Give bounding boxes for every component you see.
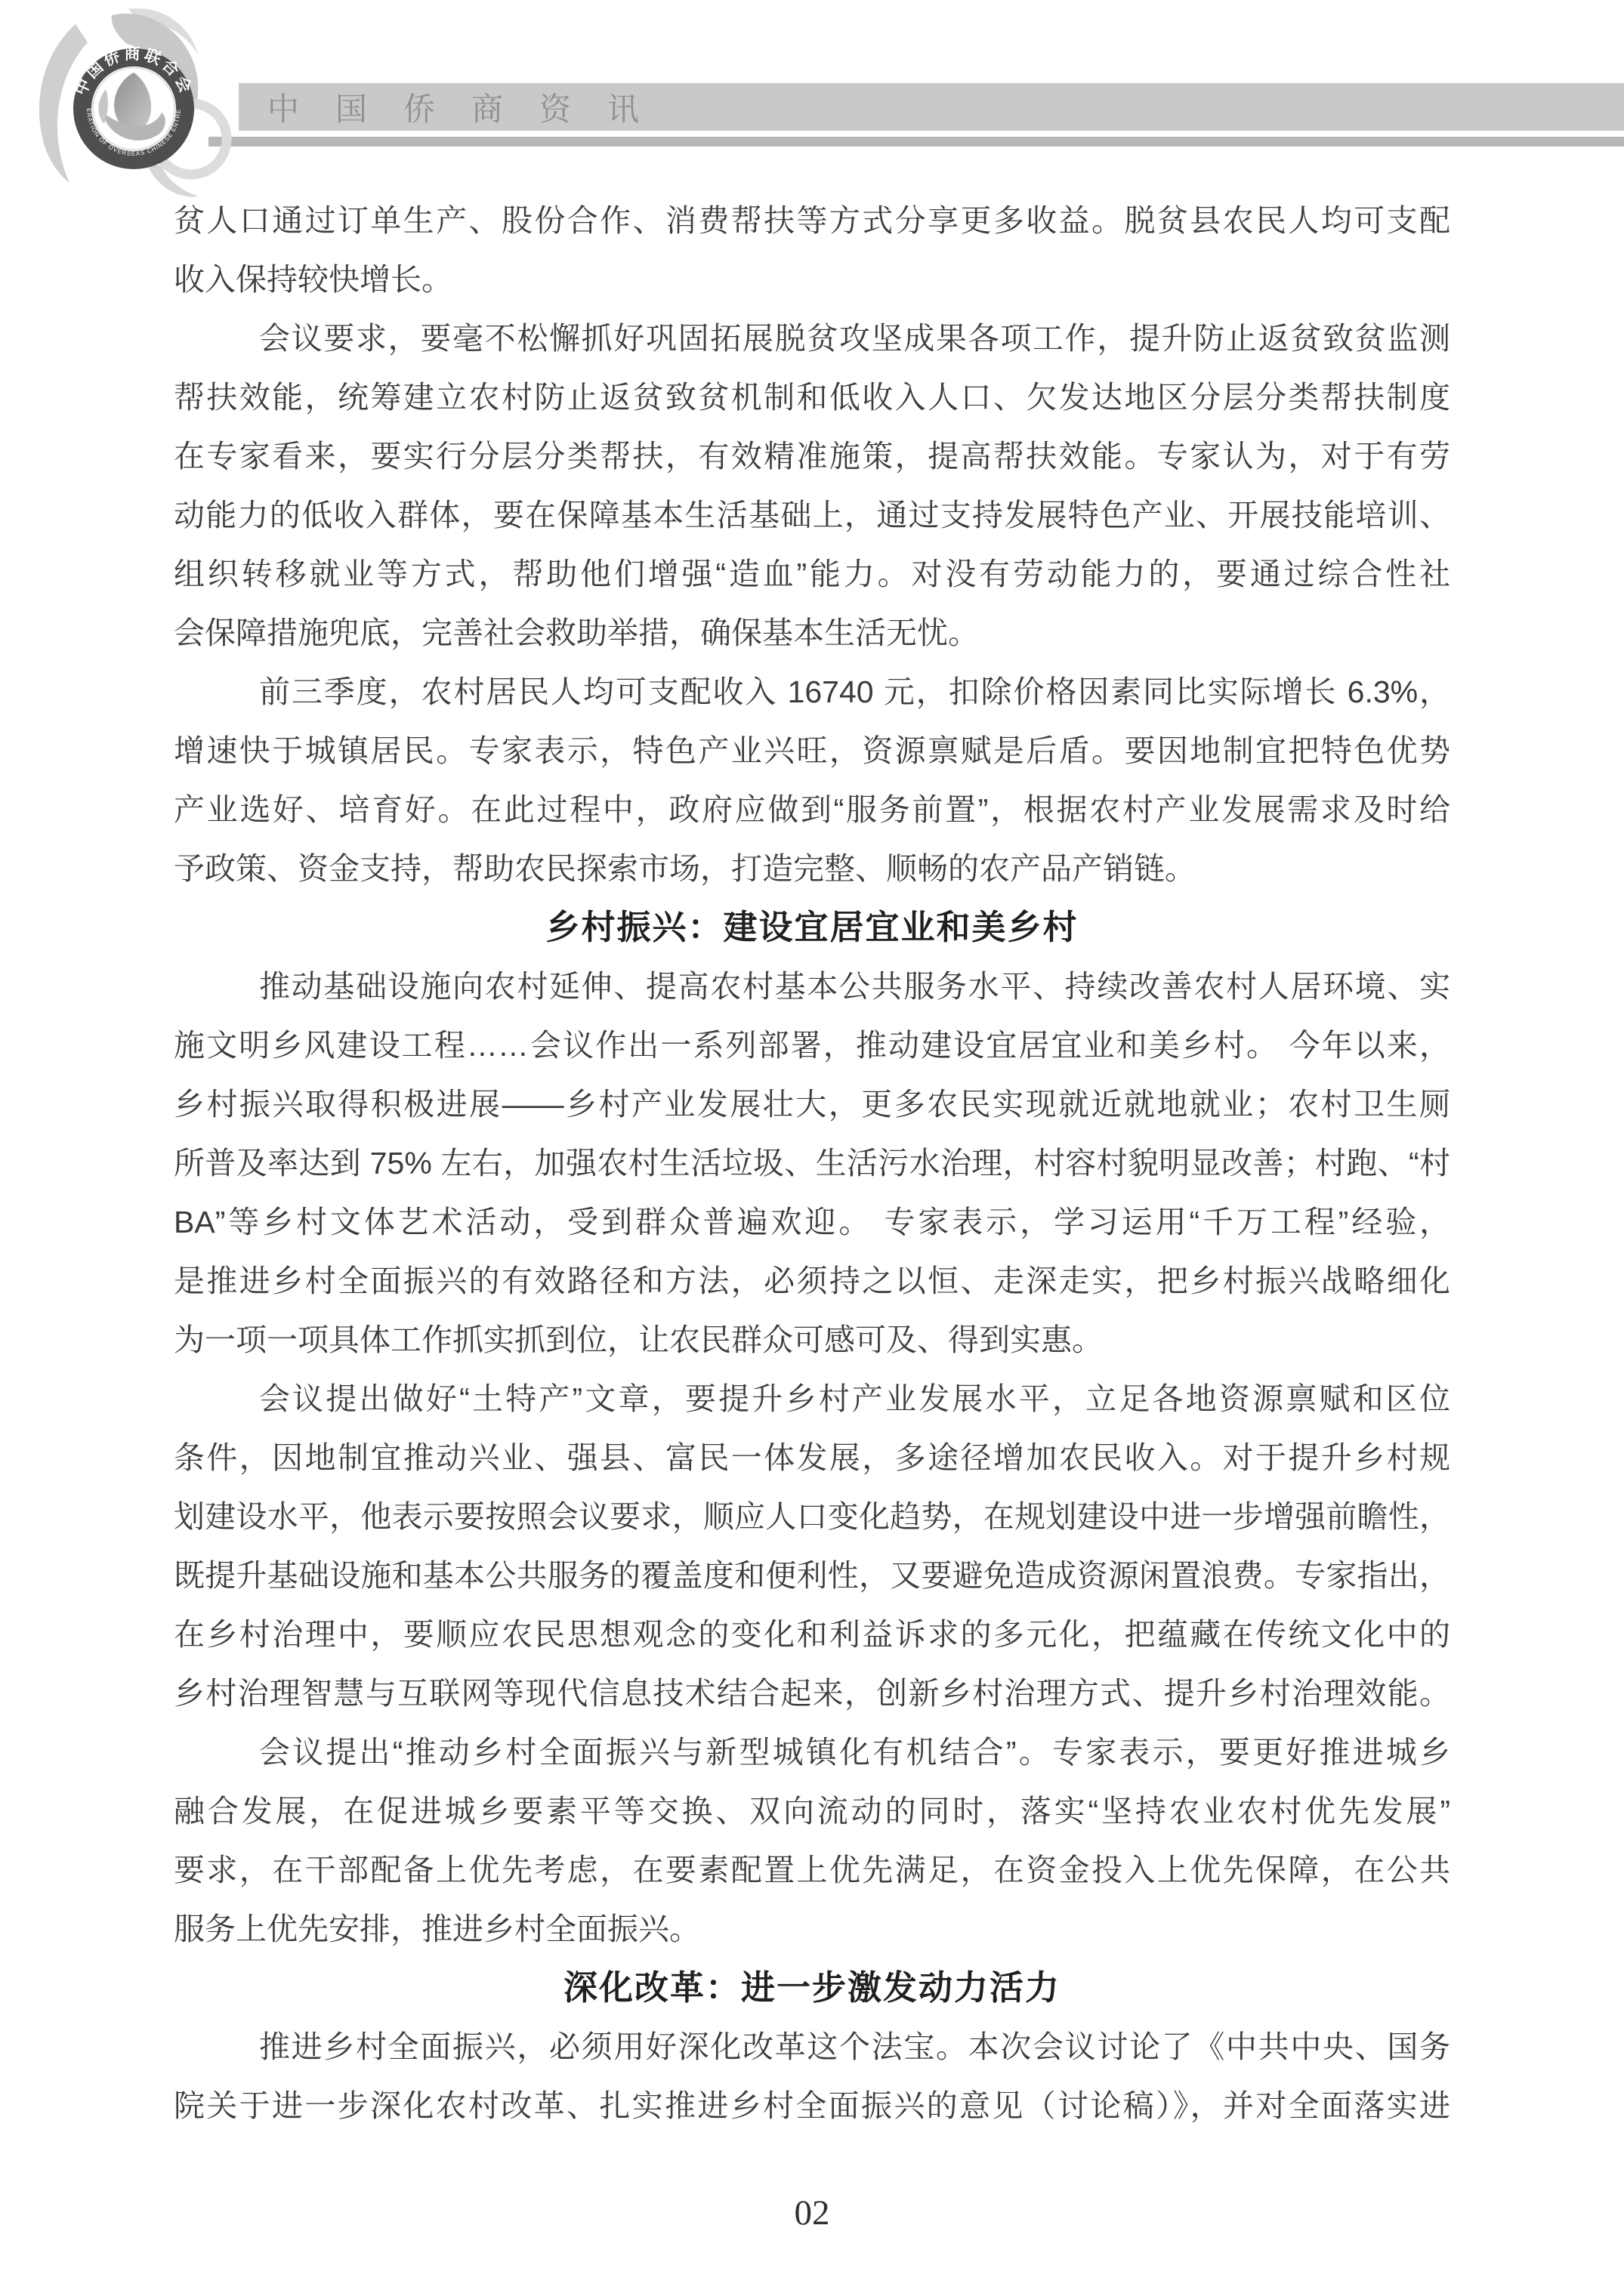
- text-line: 在专家看来，要实行分层分类帮扶，有效精准施策，提高帮扶效能。专家认为，对于有劳: [174, 427, 1450, 486]
- text-line: BA”等乡村文体艺术活动，受到群众普遍欢迎。 专家表示，学习运用“千万工程”经验…: [174, 1193, 1450, 1251]
- text-line: 既提升基础设施和基本公共服务的覆盖度和便利性，又要避免造成资源闲置浪费。专家指出…: [174, 1546, 1450, 1605]
- text-line: 贫人口通过订单生产、股份合作、消费帮扶等方式分享更多收益。脱贫县农民人均可支配: [174, 191, 1450, 250]
- text-line: 前三季度，农村居民人均可支配收入 16740 元，扣除价格因素同比实际增长 6.…: [174, 662, 1450, 721]
- section-heading: 乡村振兴：建设宜居宜业和美乡村: [174, 898, 1450, 957]
- text-line: 会议要求，要毫不松懈抓好巩固拓展脱贫攻坚成果各项工作，提升防止返贫致贫监测: [174, 309, 1450, 368]
- text-line: 乡村治理智慧与互联网等现代信息技术结合起来，创新乡村治理方式、提升乡村治理效能。: [174, 1664, 1450, 1723]
- header-band-underline: [208, 137, 1624, 147]
- section-heading: 深化改革：进一步激发动力活力: [174, 1958, 1450, 2017]
- text-line: 予政策、资金支持，帮助农民探索市场，打造完整、顺畅的农产品产销链。: [174, 839, 1450, 898]
- text-line: 会保障措施兜底，完善社会救助举措，确保基本生活无忧。: [174, 603, 1450, 662]
- text-line: 动能力的低收入群体，要在保障基本生活基础上，通过支持发展特色产业、开展技能培训、: [174, 486, 1450, 545]
- org-logo: 中国侨商联合会 CHINA FEDERATION OF OVERSEAS CHI…: [0, 0, 249, 211]
- text-line: 帮扶效能，统筹建立农村防止返贫致贫机制和低收入人口、欠发达地区分层分类帮扶制度: [174, 368, 1450, 427]
- text-line: 推动基础设施向农村延伸、提高农村基本公共服务水平、持续改善农村人居环境、实: [174, 957, 1450, 1016]
- header-band: 中国侨商资讯: [239, 83, 1624, 131]
- text-line: 条件，因地制宜推动兴业、强县、富民一体发展，多途径增加农民收入。对于提升乡村规: [174, 1428, 1450, 1487]
- text-line: 施文明乡风建设工程……会议作出一系列部署，推动建设宜居宜业和美乡村。 今年以来，: [174, 1016, 1450, 1075]
- text-line: 组织转移就业等方式，帮助他们增强“造血”能力。对没有劳动能力的，要通过综合性社: [174, 545, 1450, 603]
- text-line: 推进乡村全面振兴，必须用好深化改革这个法宝。本次会议讨论了《中共中央、国务: [174, 2017, 1450, 2076]
- text-line: 乡村振兴取得积极进展——乡村产业发展壮大，更多农民实现就近就地就业；农村卫生厕: [174, 1075, 1450, 1134]
- text-line: 融合发展，在促进城乡要素平等交换、双向流动的同时，落实“坚持农业农村优先发展”: [174, 1782, 1450, 1841]
- text-line: 增速快于城镇居民。专家表示，特色产业兴旺，资源禀赋是后盾。要因地制宜把特色优势: [174, 721, 1450, 780]
- text-line: 划建设水平，他表示要按照会议要求，顺应人口变化趋势，在规划建设中进一步增强前瞻性…: [174, 1487, 1450, 1546]
- text-line: 产业选好、培育好。在此过程中，政府应做到“服务前置”，根据农村产业发展需求及时给: [174, 780, 1450, 839]
- text-line: 会议提出“推动乡村全面振兴与新型城镇化有机结合”。专家表示，要更好推进城乡: [174, 1723, 1450, 1782]
- text-line: 是推进乡村全面振兴的有效路径和方法，必须持之以恒、走深走实，把乡村振兴战略细化: [174, 1251, 1450, 1310]
- text-line: 院关于进一步深化农村改革、扎实推进乡村全面振兴的意见（讨论稿）》，并对全面落实进: [174, 2076, 1450, 2135]
- page-number: 02: [0, 2193, 1624, 2233]
- text-line: 收入保持较快增长。: [174, 250, 1450, 309]
- text-line: 要求，在干部配备上优先考虑，在要素配置上优先满足，在资金投入上优先保障，在公共: [174, 1841, 1450, 1900]
- header-band-title: 中国侨商资讯: [267, 85, 675, 130]
- text-line: 在乡村治理中，要顺应农民思想观念的变化和利益诉求的多元化，把蕴藏在传统文化中的: [174, 1605, 1450, 1664]
- org-logo-icon: 中国侨商联合会 CHINA FEDERATION OF OVERSEAS CHI…: [0, 0, 249, 211]
- text-line: 服务上优先安排，推进乡村全面振兴。: [174, 1900, 1450, 1958]
- text-line: 所普及率达到 75% 左右，加强农村生活垃圾、生活污水治理，村容村貌明显改善；村…: [174, 1134, 1450, 1193]
- text-line: 会议提出做好“土特产”文章，要提升乡村产业发展水平，立足各地资源禀赋和区位: [174, 1369, 1450, 1428]
- article-flow: 贫人口通过订单生产、股份合作、消费帮扶等方式分享更多收益。脱贫县农民人均可支配收…: [174, 191, 1450, 2135]
- text-line: 为一项一项具体工作抓实抓到位，让农民群众可感可及、得到实惠。: [174, 1310, 1450, 1369]
